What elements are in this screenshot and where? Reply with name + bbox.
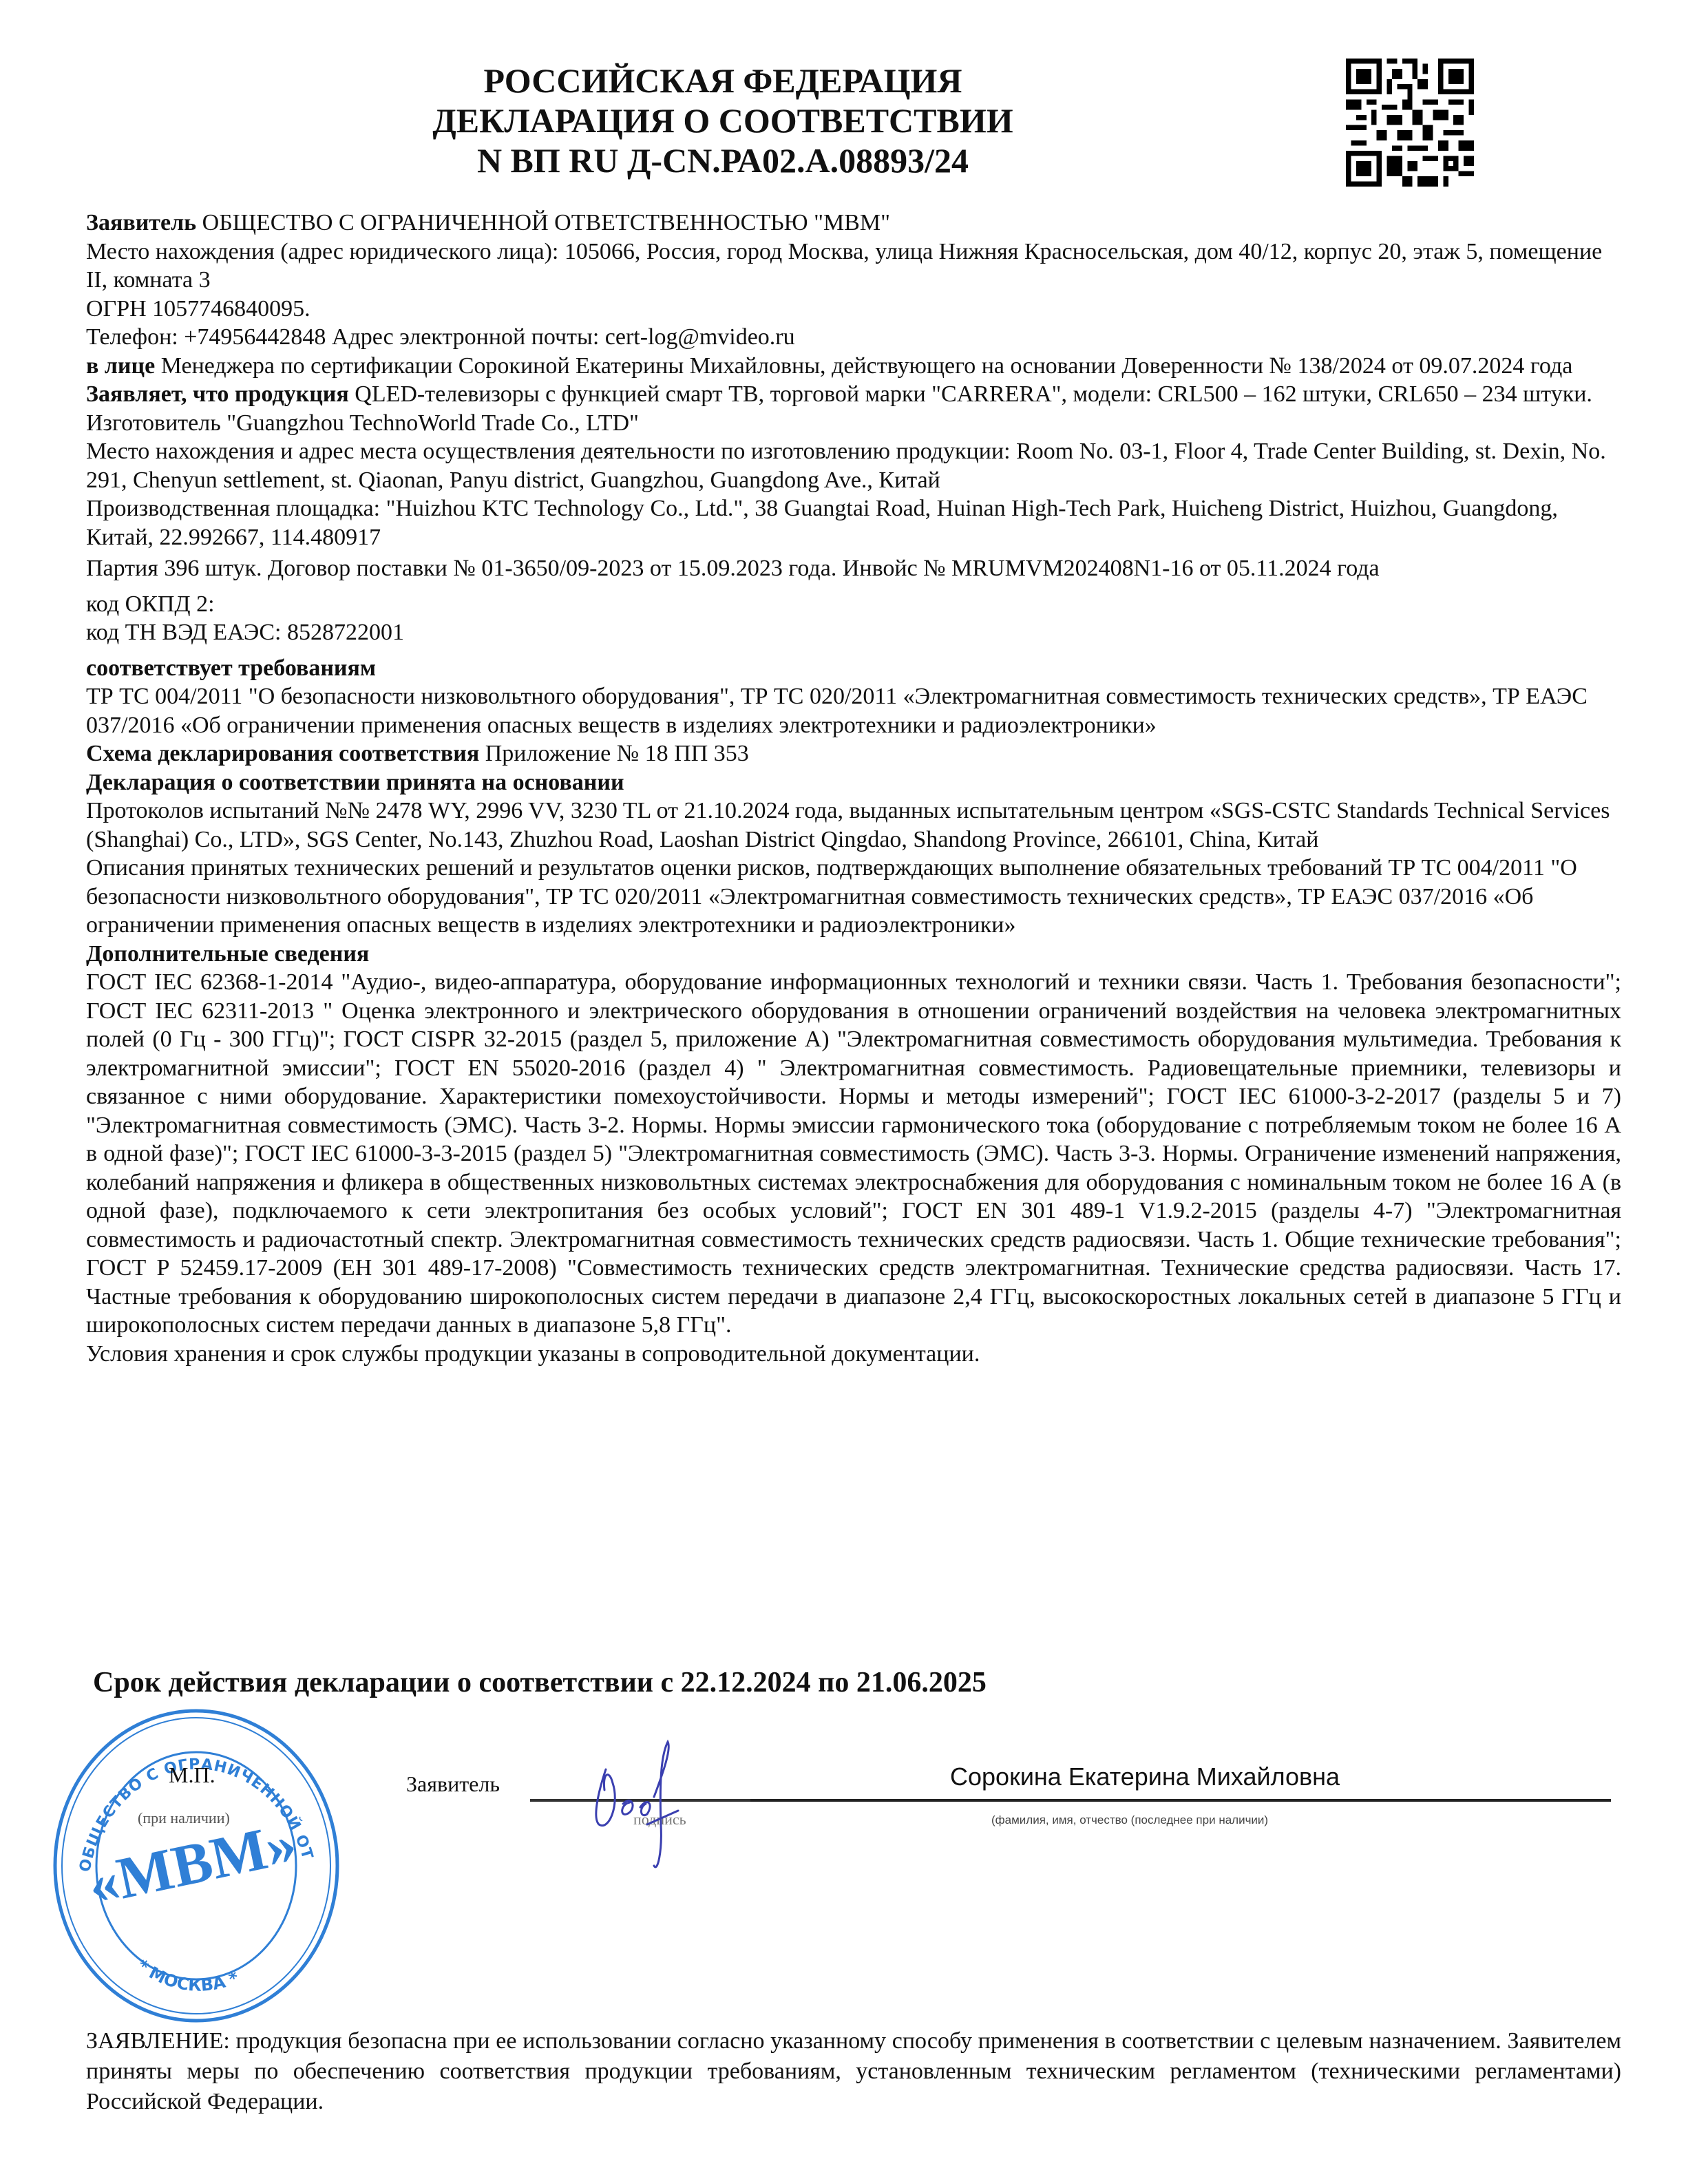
declaration-body: Заявитель ОБЩЕСТВО С ОГРАНИЧЕННОЙ ОТВЕТС… [86,209,1621,1368]
title-country: РОССИЙСКАЯ ФЕДЕРАЦИЯ [344,61,1101,101]
declaration-number: N ВП RU Д-CN.РА02.А.08893/24 [344,140,1101,180]
company-stamp-icon: ОБЩЕСТВО С ОГРАНИЧЕННОЙ ОТВЕТСТВЕННОСТЬЮ… [41,1701,344,2024]
title-doc-type: ДЕКЛАРАЦИЯ О СООТВЕТСТВИИ [344,101,1101,140]
basis-protocols: Протоколов испытаний №№ 2478 WY, 2996 VV… [86,797,1621,854]
qr-code-icon [1346,59,1474,187]
applicant-label: Заявитель [86,210,196,235]
representative-line: в лице Менеджера по сертификации Сорокин… [86,352,1621,381]
scheme-text: Приложение № 18 ПП 353 [479,741,749,766]
validity-period: Срок действия декларации о соответствии … [93,1666,987,1699]
applicant-ogrn: ОГРН 1057746840095. [86,295,1621,324]
scheme-line: Схема декларирования соответствия Прилож… [86,739,1621,768]
storage-conditions: Условия хранения и срок службы продукции… [86,1340,1621,1369]
okpd-code: код ОКПД 2: [86,590,1621,619]
product-line: Заявляет, что продукция QLED-телевизоры … [86,380,1621,409]
document-title: РОССИЙСКАЯ ФЕДЕРАЦИЯ ДЕКЛАРАЦИЯ О СООТВЕ… [344,61,1101,180]
spacer [86,583,1621,590]
batch-info: Партия 396 штук. Договор поставки № 01-3… [86,554,1621,583]
signer-name-note: (фамилия, имя, отчество (последнее при н… [991,1813,1268,1827]
applicant-name: ОБЩЕСТВО С ОГРАНИЧЕННОЙ ОТВЕТСТВЕННОСТЬЮ… [196,210,890,235]
requirements-label: соответствует требованиям [86,654,1621,683]
additional-label: Дополнительные сведения [86,940,1621,969]
basis-descriptions: Описания принятых технических решений и … [86,854,1621,940]
handwritten-signature-icon [571,1728,709,1880]
requirements-text: ТР ТС 004/2011 "О безопасности низковоль… [86,682,1621,739]
representative-label: в лице [86,353,155,379]
tn-ved-code: код ТН ВЭД ЕАЭС: 8528722001 [86,618,1621,647]
svg-text:* МОСКВА *: * МОСКВА * [134,1956,242,1995]
product-label: Заявляет, что продукция [86,381,349,407]
applicant-line: Заявитель ОБЩЕСТВО С ОГРАНИЧЕННОЙ ОТВЕТС… [86,209,1621,238]
representative-text: Менеджера по сертификации Сорокиной Екат… [155,353,1572,379]
manufacturer: Изготовитель "Guangzhou TechnoWorld Trad… [86,409,1621,438]
additional-standards: ГОСТ IEC 62368-1-2014 "Аудио-, видео-апп… [86,968,1621,1340]
product-text: QLED-телевизоры с функцией смарт ТВ, тор… [349,381,1592,407]
seal-label: М.П. [169,1762,215,1788]
scheme-label: Схема декларирования соответствия [86,741,479,766]
applicant-address: Место нахождения (адрес юридического лиц… [86,238,1621,295]
manufacturer-address: Место нахождения и адрес места осуществл… [86,437,1621,494]
signature-applicant-label: Заявитель [406,1771,500,1797]
basis-label: Декларация о соответствии принята на осн… [86,768,1621,797]
spacer [86,647,1621,654]
signer-name: Сорокина Екатерина Михайловна [950,1762,1340,1791]
name-line [750,1799,1611,1802]
applicant-contacts: Телефон: +74956442848 Адрес электронной … [86,323,1621,352]
safety-statement: ЗАЯВЛЕНИЕ: продукция безопасна при ее ис… [86,2026,1621,2117]
production-site: Производственная площадка: "Huizhou KTC … [86,494,1621,551]
seal-note: (при наличии) [138,1809,230,1827]
